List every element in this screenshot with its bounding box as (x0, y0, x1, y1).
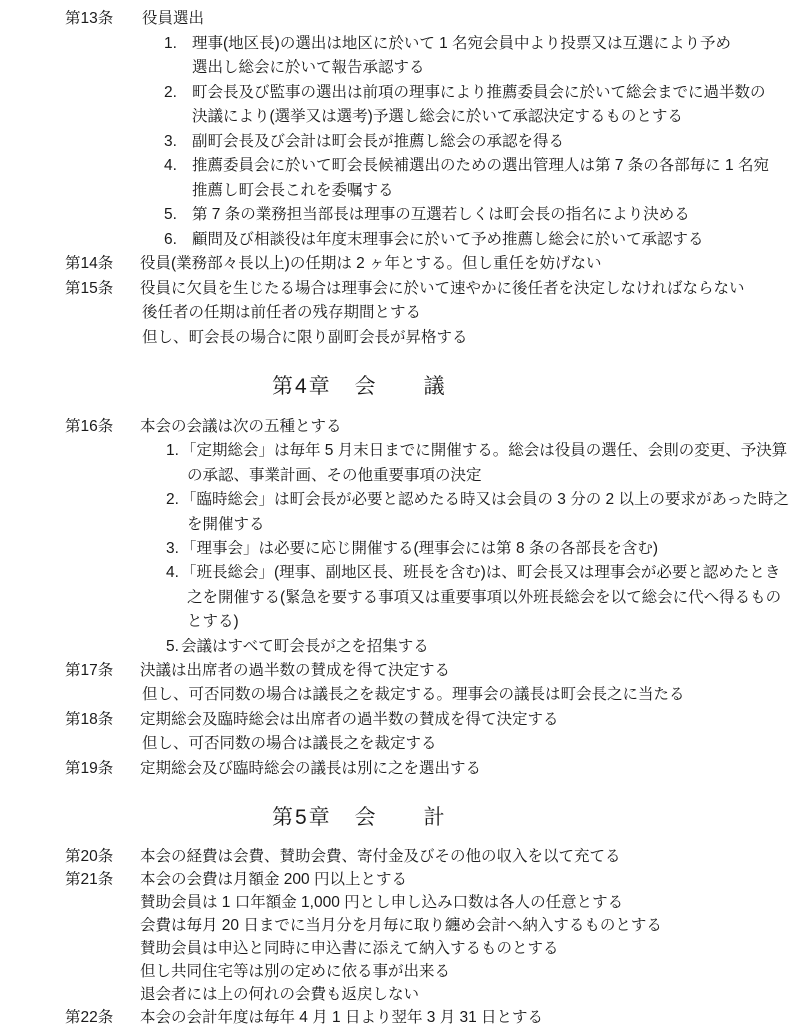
article-continuation: 但し、町会長の場合に限り副町会長が昇格する (0, 326, 789, 351)
article-text: 会費は毎月 20 日までに当月分を月毎に取り纏め会計へ納入するものとする (140, 914, 789, 937)
list-text: 顧問及び相談役は年度末理事会に於いて予め推薦し総会に於いて承認する (192, 228, 789, 253)
list-number: 3. (164, 130, 177, 155)
list-item: 1. 「定期総会」は毎年 5 月末日までに開催する。総会は役員の選任、会則の変更… (0, 439, 789, 463)
article-text: 本会の会費は月額金 200 円以上とする (140, 868, 789, 891)
chapter-5-heading: 第5章 会 計 (272, 803, 789, 833)
article-22: 第22条 本会の会計年度は毎年 4 月 1 日より翌年 3 月 31 日とする (0, 1006, 789, 1024)
article-continuation: 賛助会員は申込と同時に申込書に添えて納入するものとする (0, 937, 789, 960)
article-18: 第18条 定期総会及臨時総会は出席者の過半数の賛成を得て決定する (0, 708, 789, 732)
article-continuation: 但し、可否同数の場合は議長之を裁定する。理事会の議長は町会長之に当たる (0, 683, 789, 707)
article-text: 決議は出席者の過半数の賛成を得て決定する (140, 659, 789, 683)
list-text: 之を開催する(緊急を要する事項又は重要事項以外班長総会を以て総会に代へ得るもの (187, 586, 789, 610)
list-item: 5. 第 7 条の業務担当部長は理事の互選若しくは町会長の指名により決める (0, 203, 789, 228)
article-number: 第19条 (65, 757, 113, 781)
article-text: 賛助会員は 1 口年額金 1,000 円とし申し込み口数は各人の任意とする (140, 891, 789, 914)
article-number: 第13条 (65, 7, 113, 32)
article-number: 第17条 (65, 659, 113, 683)
list-number: 5. (164, 203, 177, 228)
list-item: 2. 「臨時総会」は町会長が必要と認めたる時又は会員の 3 分の 2 以上の要求… (0, 488, 789, 512)
list-text: とする) (187, 610, 789, 634)
list-text: 「定期総会」は毎年 5 月末日までに開催する。総会は役員の選任、会則の変更、予決… (181, 439, 789, 463)
list-item: 1. 理事(地区長)の選出は地区に於いて 1 名宛会員中より投票又は互選により予… (0, 32, 789, 57)
article-text: 本会の経費は会費、賛助会費、寄付金及びその他の収入を以て充てる (140, 845, 789, 868)
list-item-continuation: 選出し総会に於いて報告承認する (0, 56, 789, 81)
article-number: 第16条 (65, 415, 113, 439)
article-number: 第14条 (65, 252, 113, 277)
article-15: 第15条 役員に欠員を生じたる場合は理事会に於いて速やかに後任者を決定しなければ… (0, 277, 789, 302)
article-number: 第21条 (65, 868, 113, 891)
list-item: 3. 「理事会」は必要に応じ開催する(理事会には第 8 条の各部長を含む) (0, 537, 789, 561)
list-item: 6. 顧問及び相談役は年度末理事会に於いて予め推薦し総会に於いて承認する (0, 228, 789, 253)
article-text: 但し、町会長の場合に限り副町会長が昇格する (142, 326, 789, 351)
article-continuation: 但し共同住宅等は別の定めに依る事が出来る (0, 960, 789, 983)
article-13: 第13条 役員選出 (0, 7, 789, 32)
list-number: 2. (164, 81, 177, 106)
article-text: 賛助会員は申込と同時に申込書に添えて納入するものとする (140, 937, 789, 960)
list-text: の承認、事業計画、その他重要事項の決定 (187, 464, 789, 488)
list-item-continuation: とする) (0, 610, 789, 634)
article-continuation: 後任者の任期は前任者の残存期間とする (0, 301, 789, 326)
article-text: 後任者の任期は前任者の残存期間とする (142, 301, 789, 326)
section-meetings: 第16条 本会の会議は次の五種とする 1. 「定期総会」は毎年 5 月末日までに… (0, 415, 789, 781)
article-continuation: 退会者には上の何れの会費も返戻しない (0, 983, 789, 1006)
article-16: 第16条 本会の会議は次の五種とする (0, 415, 789, 439)
list-item: 2. 町会長及び監事の選出は前項の理事により推薦委員会に於いて総会までに過半数の (0, 81, 789, 106)
list-number: 4. (164, 154, 177, 179)
article-text: 但し共同住宅等は別の定めに依る事が出来る (140, 960, 789, 983)
list-item: 4. 推薦委員会に於いて町会長候補選出のための選出管理人は第 7 条の各部毎に … (0, 154, 789, 179)
article-text: 役員選出 (142, 7, 789, 32)
article-text: 但し、可否同数の場合は議長之を裁定する。理事会の議長は町会長之に当たる (142, 683, 789, 707)
article-number: 第20条 (65, 845, 113, 868)
list-item-continuation: 推薦し町会長これを委嘱する (0, 179, 789, 204)
article-text: 定期総会及臨時総会は出席者の過半数の賛成を得て決定する (140, 708, 789, 732)
list-text: 理事(地区長)の選出は地区に於いて 1 名宛会員中より投票又は互選により予め (192, 32, 789, 57)
article-continuation: 会費は毎月 20 日までに当月分を月毎に取り纏め会計へ納入するものとする (0, 914, 789, 937)
article-17: 第17条 決議は出席者の過半数の賛成を得て決定する (0, 659, 789, 683)
list-text: 推薦し町会長これを委嘱する (192, 179, 789, 204)
list-text: 第 7 条の業務担当部長は理事の互選若しくは町会長の指名により決める (192, 203, 789, 228)
list-number: 2. (166, 488, 179, 512)
article-number: 第22条 (65, 1006, 113, 1024)
article-19: 第19条 定期総会及び臨時総会の議長は別に之を選出する (0, 757, 789, 781)
article-20: 第20条 本会の経費は会費、賛助会費、寄付金及びその他の収入を以て充てる (0, 845, 789, 868)
list-text: を開催する (187, 513, 789, 537)
list-text: 選出し総会に於いて報告承認する (192, 56, 789, 81)
list-text: 会議はすべて町会長が之を招集する (181, 635, 789, 659)
list-item-continuation: の承認、事業計画、その他重要事項の決定 (0, 464, 789, 488)
article-continuation: 賛助会員は 1 口年額金 1,000 円とし申し込み口数は各人の任意とする (0, 891, 789, 914)
article-14: 第14条 役員(業務部々長以上)の任期は 2 ヶ年とする。但し重任を妨げない (0, 252, 789, 277)
article-text: 本会の会計年度は毎年 4 月 1 日より翌年 3 月 31 日とする (140, 1006, 789, 1024)
section-officers: 第13条 役員選出 1. 理事(地区長)の選出は地区に於いて 1 名宛会員中より… (0, 7, 789, 350)
article-text: 退会者には上の何れの会費も返戻しない (140, 983, 789, 1006)
list-item: 3. 副町会長及び会計は町会長が推薦し総会の承認を得る (0, 130, 789, 155)
list-text: 「理事会」は必要に応じ開催する(理事会には第 8 条の各部長を含む) (181, 537, 789, 561)
article-21: 第21条 本会の会費は月額金 200 円以上とする (0, 868, 789, 891)
article-number: 第18条 (65, 708, 113, 732)
list-number: 5. (166, 635, 179, 659)
section-accounting: 第20条 本会の経費は会費、賛助会費、寄付金及びその他の収入を以て充てる 第21… (0, 845, 789, 1024)
list-text: 推薦委員会に於いて町会長候補選出のための選出管理人は第 7 条の各部毎に 1 名… (192, 154, 789, 179)
list-number: 1. (164, 32, 177, 57)
article-text: 定期総会及び臨時総会の議長は別に之を選出する (140, 757, 789, 781)
article-continuation: 但し、可否同数の場合は議長之を裁定する (0, 732, 789, 756)
list-item-continuation: を開催する (0, 513, 789, 537)
list-item-continuation: 決議により(選挙又は選考)予選し総会に於いて承認決定するものとする (0, 105, 789, 130)
list-text: 「臨時総会」は町会長が必要と認めたる時又は会員の 3 分の 2 以上の要求があっ… (181, 488, 789, 512)
document-page: 第13条 役員選出 1. 理事(地区長)の選出は地区に於いて 1 名宛会員中より… (0, 0, 789, 1024)
list-number: 3. (166, 537, 179, 561)
list-text: 副町会長及び会計は町会長が推薦し総会の承認を得る (192, 130, 789, 155)
list-item: 5. 会議はすべて町会長が之を招集する (0, 635, 789, 659)
list-number: 4. (166, 561, 179, 585)
list-text: 町会長及び監事の選出は前項の理事により推薦委員会に於いて総会までに過半数の (192, 81, 789, 106)
article-text: 但し、可否同数の場合は議長之を裁定する (142, 732, 789, 756)
list-number: 1. (166, 439, 179, 463)
list-text: 「班長総会」(理事、副地区長、班長を含む)は、町会長又は理事会が必要と認めたとき (181, 561, 789, 585)
article-text: 役員に欠員を生じたる場合は理事会に於いて速やかに後任者を決定しなければならない (140, 277, 789, 302)
article-text: 本会の会議は次の五種とする (140, 415, 789, 439)
article-number: 第15条 (65, 277, 113, 302)
list-item: 4. 「班長総会」(理事、副地区長、班長を含む)は、町会長又は理事会が必要と認め… (0, 561, 789, 585)
list-text: 決議により(選挙又は選考)予選し総会に於いて承認決定するものとする (192, 105, 789, 130)
chapter-4-heading: 第4章 会 議 (272, 372, 789, 402)
list-number: 6. (164, 228, 177, 253)
list-item-continuation: 之を開催する(緊急を要する事項又は重要事項以外班長総会を以て総会に代へ得るもの (0, 586, 789, 610)
article-text: 役員(業務部々長以上)の任期は 2 ヶ年とする。但し重任を妨げない (140, 252, 789, 277)
